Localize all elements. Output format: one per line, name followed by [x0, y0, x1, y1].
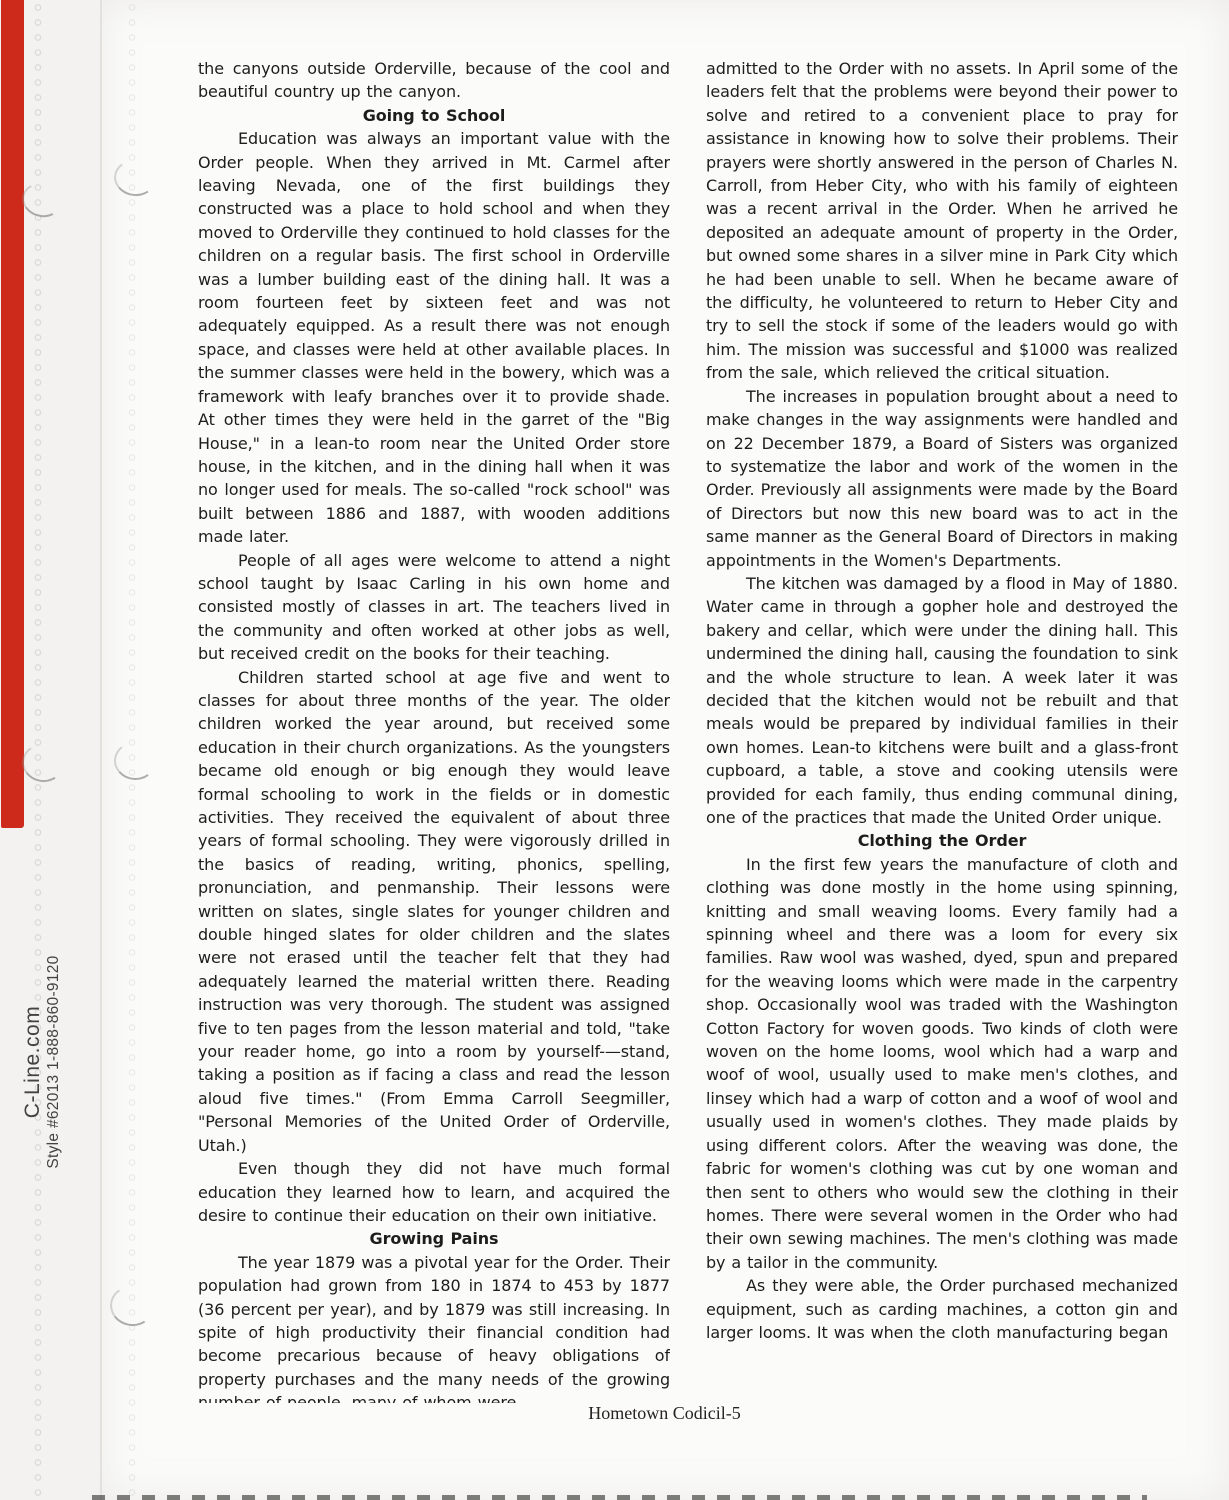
binder-hole-mark	[19, 741, 67, 786]
paragraph: People of all ages were welcome to atten…	[198, 549, 670, 666]
left-column: the canyons outside Orderville, because …	[198, 57, 670, 1403]
binder-hole-mark	[18, 179, 65, 222]
section-heading: Clothing the Order	[706, 829, 1178, 852]
scanned-page: C-Line.com Style #62013 1-888-860-9120 t…	[0, 0, 1229, 1500]
red-binding-strip	[1, 0, 24, 828]
sleeve-style-text: Style #62013 1-888-860-9120	[44, 912, 63, 1212]
paragraph: In the first few years the manufacture o…	[706, 853, 1178, 1274]
page-footer: Hometown Codicil-5	[100, 1403, 1229, 1424]
paragraph: The increases in population brought abou…	[706, 385, 1178, 572]
sheet-protector-fold-line	[100, 0, 102, 1500]
right-column: admitted to the Order with no assets. In…	[706, 57, 1178, 1403]
sleeve-branding: C-Line.com Style #62013 1-888-860-9120	[21, 912, 63, 1212]
perforated-bottom-edge	[92, 1495, 1147, 1500]
paragraph: The kitchen was damaged by a flood in Ma…	[706, 572, 1178, 829]
paragraph: Even though they did not have much forma…	[198, 1157, 670, 1227]
section-heading: Growing Pains	[198, 1227, 670, 1250]
paragraph: Children started school at age five and …	[198, 666, 670, 1158]
section-heading: Going to School	[198, 104, 670, 127]
paragraph: Education was always an important value …	[198, 127, 670, 548]
paragraph: The year 1879 was a pivotal year for the…	[198, 1251, 670, 1403]
paragraph: the canyons outside Orderville, because …	[198, 57, 670, 104]
paragraph: As they were able, the Order purchased m…	[706, 1274, 1178, 1344]
paragraph: admitted to the Order with no assets. In…	[706, 57, 1178, 385]
sleeve-brand-text: C-Line.com	[21, 912, 44, 1212]
